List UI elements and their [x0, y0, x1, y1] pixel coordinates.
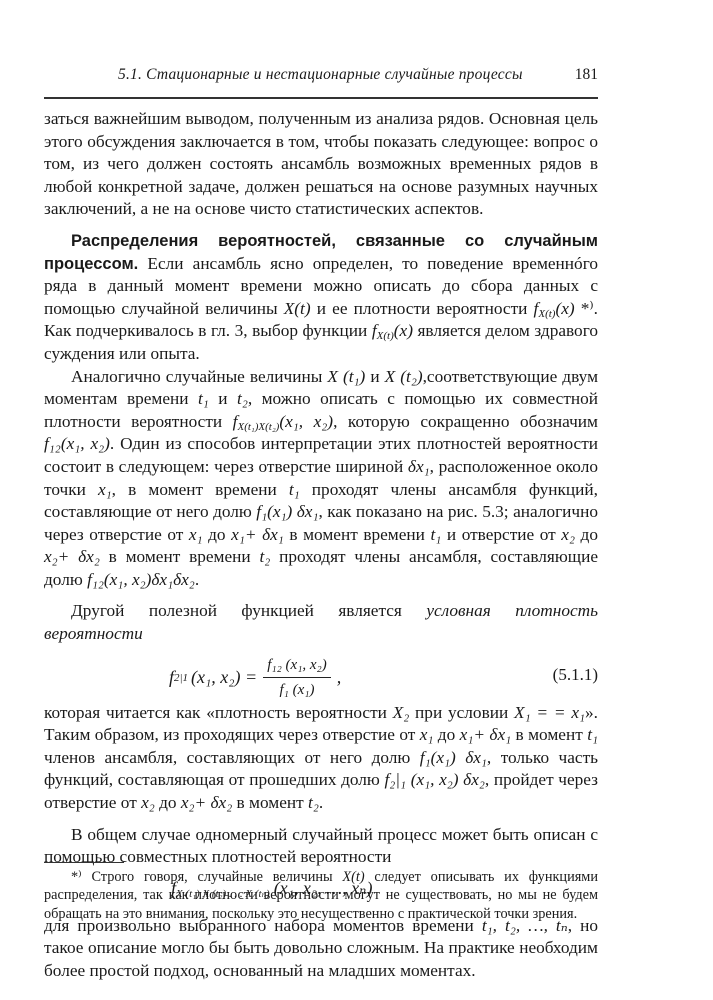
equation-number: (5.1.1)	[553, 664, 598, 687]
fraction: f₁₂ (x₁, x₂) f₁ (x₁)	[263, 654, 331, 702]
paragraph-continuation: заться важнейшим выводом, полученным из …	[44, 108, 598, 221]
running-head: 5.1. Стационарные и нестационарные случа…	[44, 66, 598, 88]
header-rule	[44, 97, 598, 99]
paragraph-distributions: Распределения вероятностей, связанные со…	[44, 230, 598, 366]
footnote-rule	[44, 862, 124, 863]
page-number: 181	[575, 66, 598, 84]
density-fx: fX(t)(x)	[534, 299, 575, 318]
equation-5-1-1: f2|1(x₁, x₂) = f₁₂ (x₁, x₂) f₁ (x₁) , (5…	[44, 652, 598, 698]
footnote: *⁾ Строго говоря, случайные величины X(t…	[44, 868, 598, 923]
paragraph-conditional-explained: которая читается как «плотность вероятно…	[44, 702, 598, 815]
paragraph-joint-density: Аналогично случайные величины X (t₁) и X…	[44, 366, 598, 592]
body-text: заться важнейшим выводом, полученным из …	[44, 108, 598, 983]
section-title: 5.1. Стационарные и нестационарные случа…	[118, 66, 523, 84]
paragraph-moments: для произвольно выбранного набора момент…	[44, 915, 598, 983]
paragraph-general-case: В общем случае одномерный случайный проц…	[44, 824, 598, 869]
paragraph-conditional: Другой полезной функцией является условн…	[44, 600, 598, 645]
footnote-marker: *⁾	[71, 869, 82, 885]
